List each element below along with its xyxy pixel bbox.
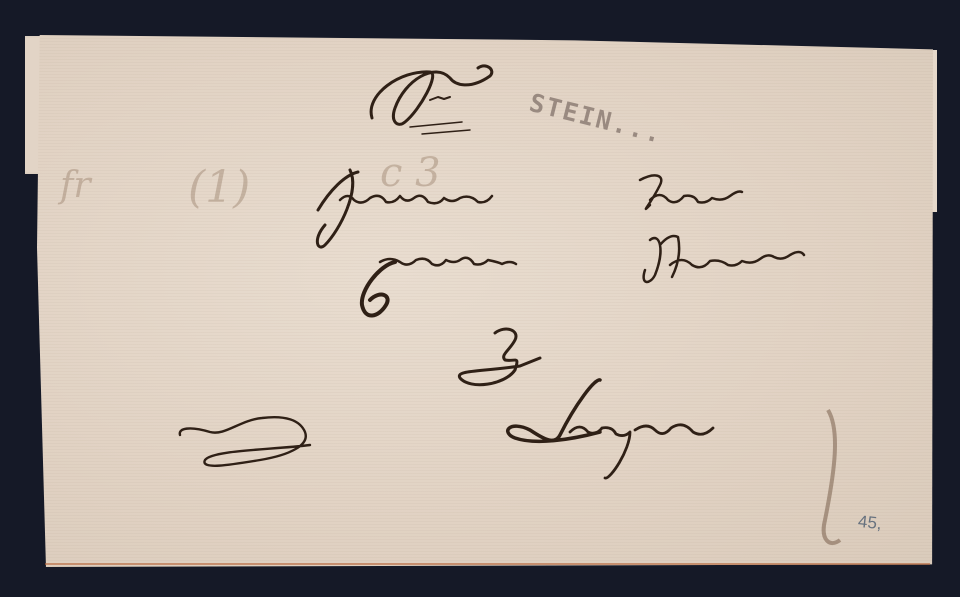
pencil-notation: 45,: [857, 512, 883, 534]
handwriting-strokes: [0, 0, 960, 597]
